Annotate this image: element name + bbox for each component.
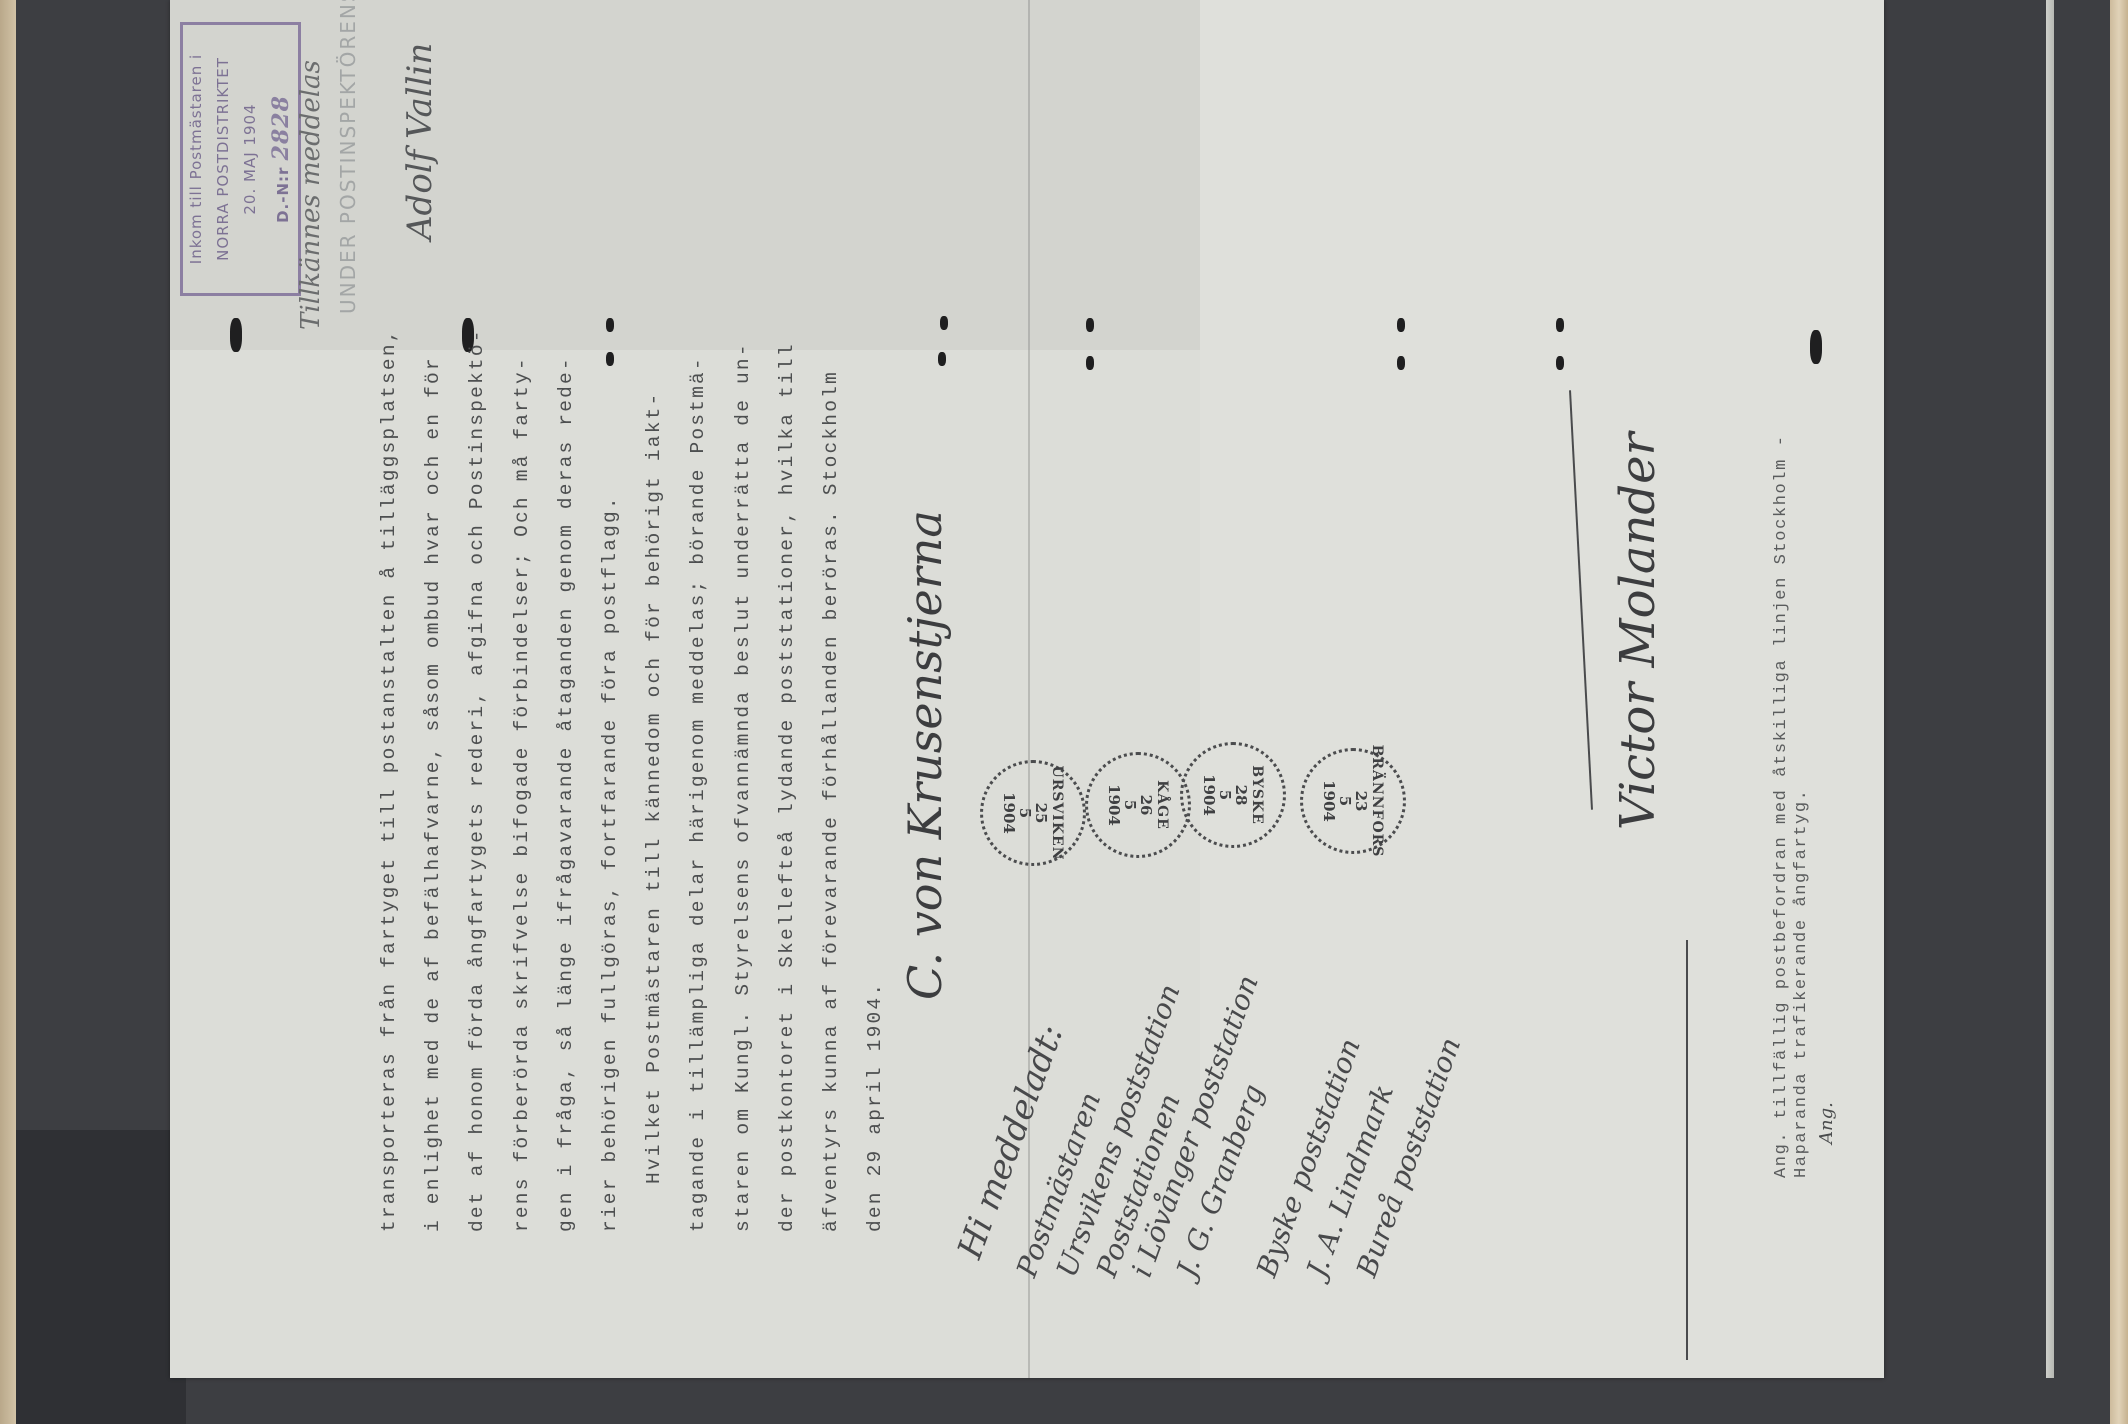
paper-edge	[2046, 0, 2054, 1378]
typed-line: i enlighet med de af befälhafvarne, såso…	[422, 356, 444, 1232]
subject-initials: Ang.	[1816, 1102, 1837, 1144]
margin-rule	[1686, 940, 1688, 1360]
postmark-year: 1904	[1001, 792, 1017, 834]
typed-line: det af honom förda ångfartygets rederi, …	[466, 328, 488, 1232]
postmark-name: URSVIKEN	[1049, 765, 1065, 860]
typed-line: transporteras från fartyget till postans…	[378, 328, 400, 1232]
signature-primary: C. von Krusenstjerna	[898, 510, 952, 1000]
signature-secondary: Victor Molander	[1610, 433, 1666, 830]
typed-line: staren om Kungl. Styrelsens ofvannämnda …	[732, 342, 754, 1232]
binding-hole	[940, 316, 948, 330]
subject-line-1: Ang. tillfällig postbefordran med åtskil…	[1772, 434, 1791, 1178]
binding-hole	[938, 352, 946, 366]
postmark-month: 5	[1337, 796, 1353, 806]
typed-line: äfventyrs kunna af förevarande förhållan…	[820, 370, 842, 1232]
binding-hole	[606, 318, 614, 332]
typed-line: rier behörigen fullgöras, fortfarande fö…	[599, 495, 621, 1232]
handwritten-name: Adolf Vallin	[400, 43, 440, 240]
postmark-month: 5	[1217, 790, 1233, 800]
binding-hole	[1397, 318, 1405, 332]
postmark: BYSKE2851904	[1180, 742, 1286, 848]
wood-surface-right	[2110, 0, 2128, 1424]
postmark-day: 28	[1233, 785, 1249, 806]
typed-line: Hvilket Postmästaren till kännedom och f…	[643, 392, 665, 1184]
binding-hole	[1397, 356, 1405, 370]
faded-header: UNDER POSTINSPEKTÖRENS FR	[336, 0, 362, 314]
postmark-year: 1904	[1106, 784, 1122, 826]
stamp-line-2: NORRA POSTDISTRIKTET	[214, 57, 232, 261]
binding-hole	[1556, 356, 1564, 370]
stamp-dnr-value: 2828	[268, 95, 294, 160]
postmark-month: 5	[1122, 800, 1138, 810]
postmark-day: 25	[1033, 803, 1049, 824]
stamp-dnr-label: D.-N:r	[274, 167, 292, 223]
handwritten-note: Tillkännes meddelas	[296, 60, 326, 330]
postmark: BRÄNNFORS2351904	[1300, 748, 1406, 854]
typed-line: tagande i tillämpliga delar härigenom me…	[687, 356, 709, 1232]
postmark-month: 5	[1017, 808, 1033, 818]
binding-hole	[1556, 318, 1564, 332]
binding-hole	[1086, 318, 1094, 332]
typed-line: den 29 april 1904.	[864, 982, 886, 1232]
stamp-line-1: Inkom till Postmästaren i	[187, 54, 205, 264]
postmark-year: 1904	[1321, 780, 1337, 822]
typed-line: rens förberörda skrifvelse bifogade förb…	[511, 356, 533, 1232]
typed-line: der postkontoret i Skellefteå lydande po…	[776, 342, 798, 1232]
postmark-year: 1904	[1201, 774, 1217, 816]
postmark: KÅGE2651904	[1085, 752, 1191, 858]
center-fold-line	[1028, 0, 1030, 1378]
postmark-day: 23	[1353, 791, 1369, 812]
postmark: URSVIKEN2551904	[980, 760, 1086, 866]
binding-hole	[1810, 330, 1822, 364]
receipt-stamp: Inkom till Postmästaren i NORRA POSTDIST…	[180, 22, 301, 296]
postmark-day: 26	[1138, 795, 1154, 816]
stamp-date: 20. MAJ 1904	[241, 103, 259, 214]
postmark-name: BRÄNNFORS	[1369, 745, 1385, 858]
postmark-name: BYSKE	[1249, 765, 1265, 825]
binding-hole	[606, 352, 614, 366]
typed-line: gen i fråga, så länge ifrågavarande åtag…	[555, 356, 577, 1232]
binding-hole	[1086, 356, 1094, 370]
stamp-dnr: D.-N:r 2828	[268, 95, 294, 223]
postmark-name: KÅGE	[1154, 780, 1170, 830]
mat-shadow	[16, 1130, 186, 1424]
binding-hole	[230, 318, 242, 352]
subject-line-2: Haparanda trafikerande ångfartyg.	[1792, 789, 1811, 1178]
